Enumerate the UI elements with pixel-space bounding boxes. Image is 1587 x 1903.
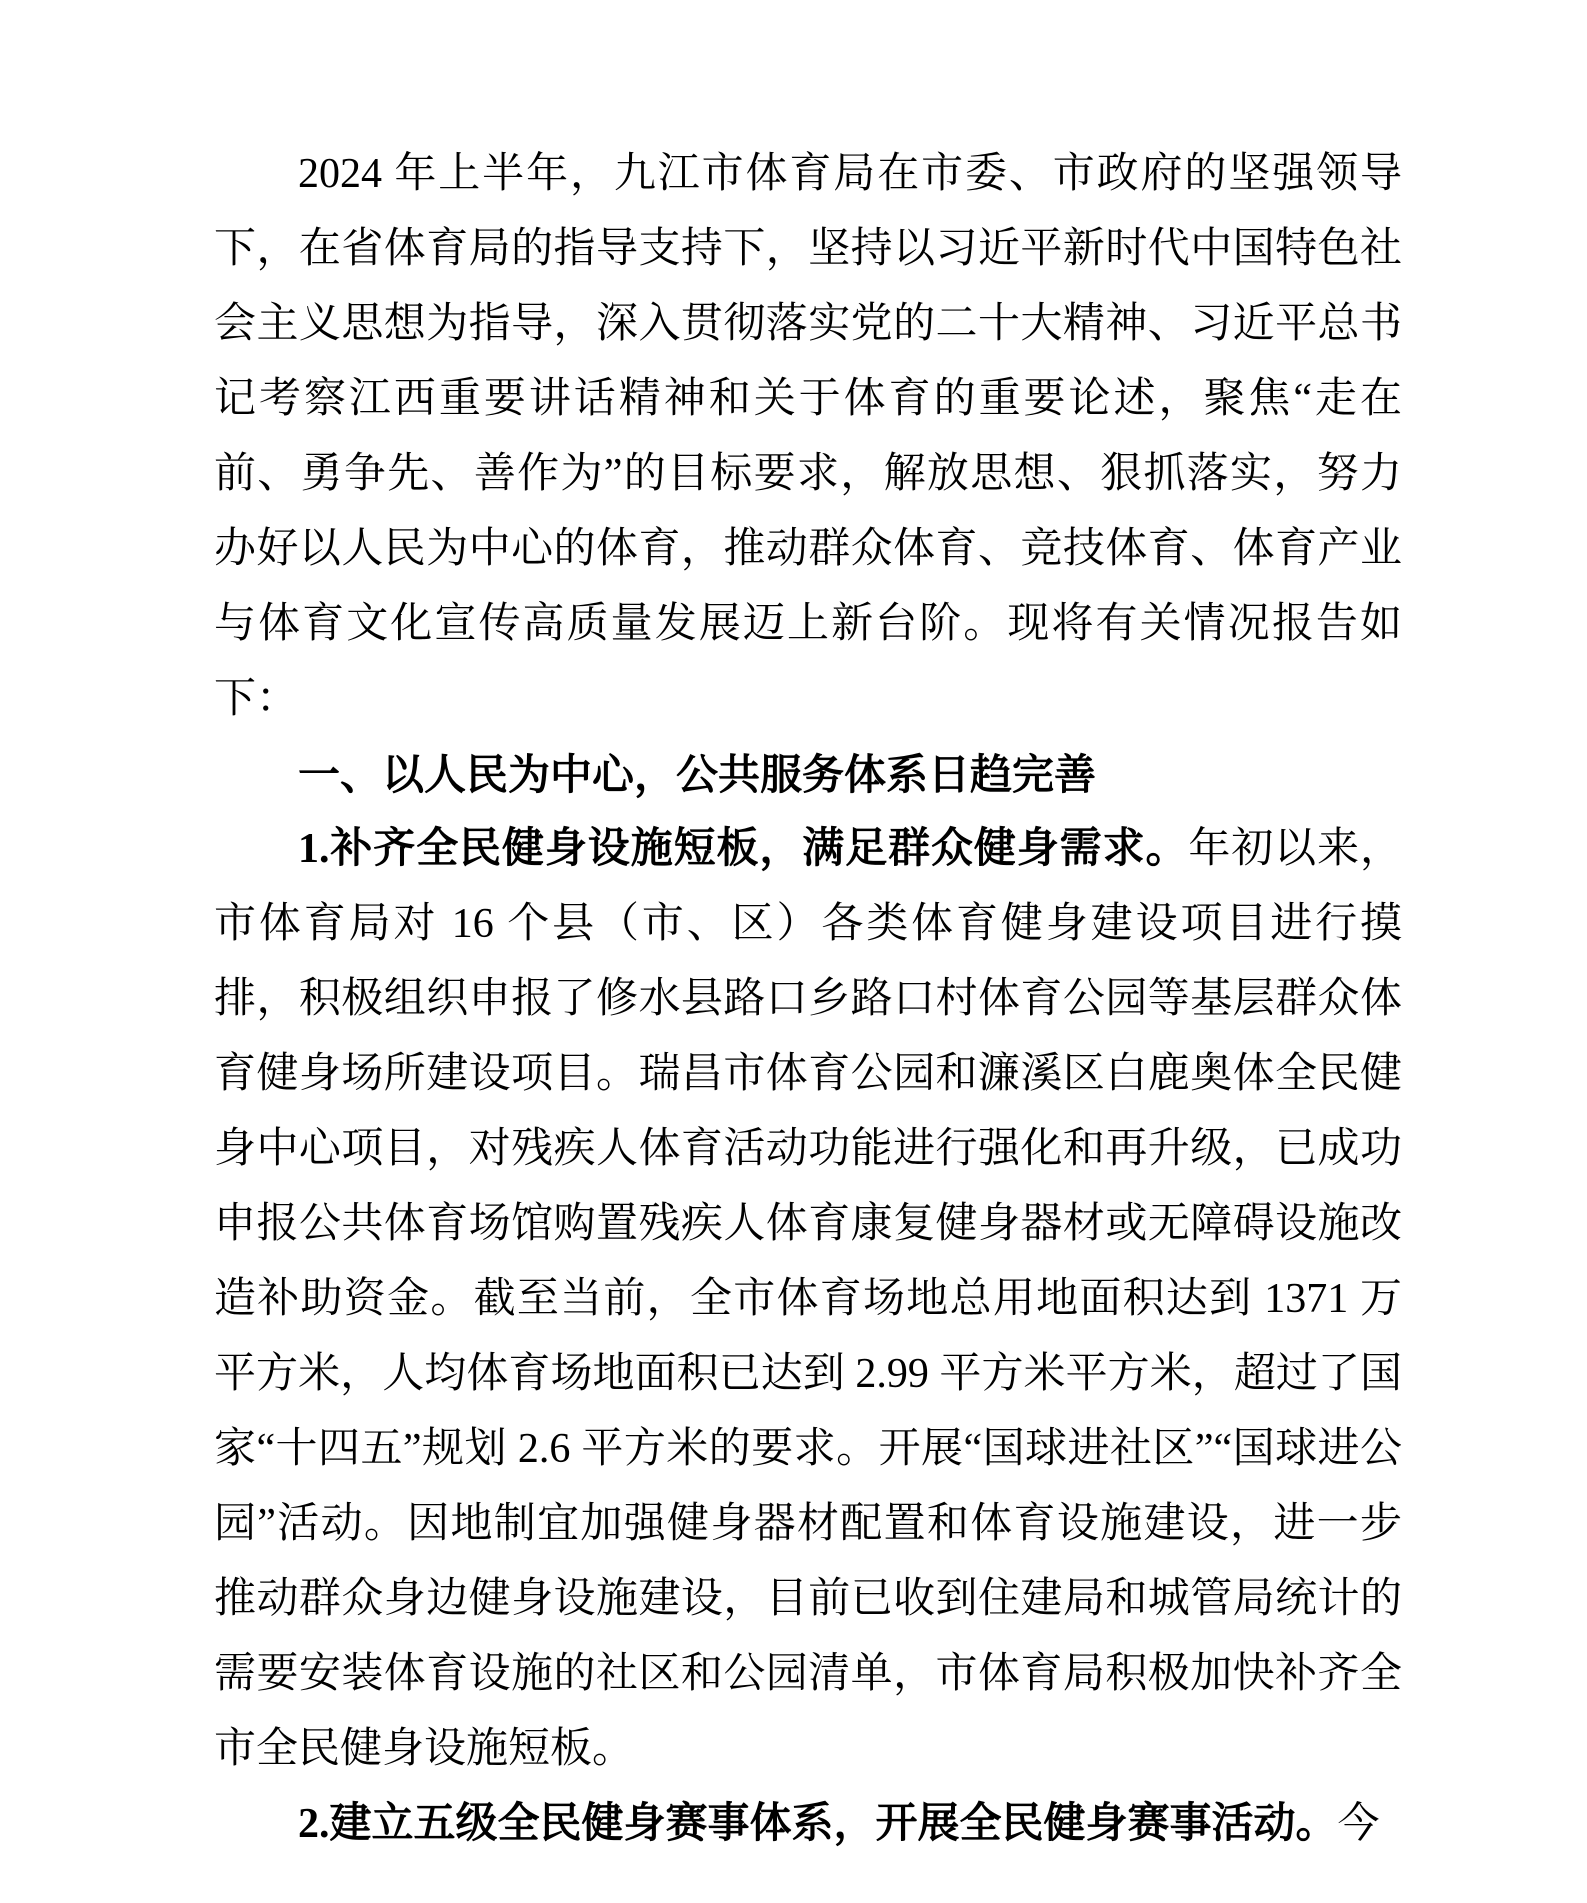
intro-paragraph-text: 2024 年上半年，九江市体育局在市委、市政府的坚强领导下，在省体育局的指导支持… xyxy=(214,151,1402,722)
document-page: 2024 年上半年，九江市体育局在市委、市政府的坚强领导下，在省体育局的指导支持… xyxy=(0,0,1587,1903)
item-2-body-text: 今 xyxy=(1338,1801,1380,1847)
item-1-lead: 1.补齐全民健身设施短板，满足群众健身需求。 xyxy=(298,826,1188,872)
intro-paragraph: 2024 年上半年，九江市体育局在市委、市政府的坚强领导下，在省体育局的指导支持… xyxy=(214,137,1402,737)
item-2-paragraph: 2.建立五级全民健身赛事体系，开展全民健身赛事活动。今 xyxy=(214,1787,1402,1862)
section-heading-1: 一、以人民为中心，公共服务体系日趋完善 xyxy=(214,737,1402,812)
item-1-body-text: 年初以来，市体育局对 16 个县（市、区）各类体育健身建设项目进行摸排，积极组织… xyxy=(214,826,1402,1772)
item-2-lead: 2.建立五级全民健身赛事体系，开展全民健身赛事活动。 xyxy=(298,1801,1338,1847)
item-1-paragraph: 1.补齐全民健身设施短板，满足群众健身需求。年初以来，市体育局对 16 个县（市… xyxy=(214,812,1402,1787)
